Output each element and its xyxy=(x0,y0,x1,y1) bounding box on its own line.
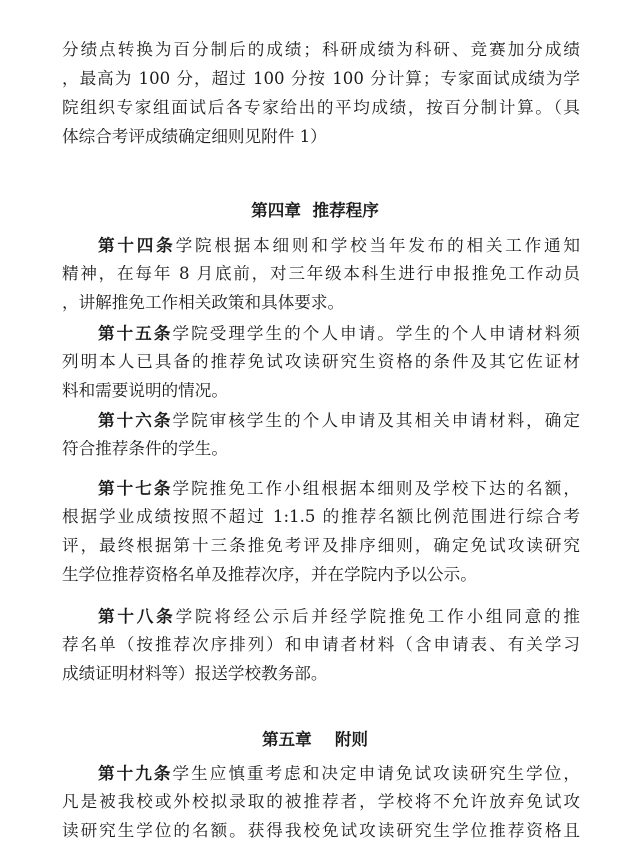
article-label: 第十四条 xyxy=(98,235,176,255)
chapter-heading: 第四章 推荐程序 xyxy=(0,197,630,223)
paragraph-line: ，最高为 100 分，超过 100 分按 100 分计算；专家面试成绩为学 xyxy=(62,66,580,92)
article-text: 学院推免工作小组根据本细则及学校下达的名额， xyxy=(172,479,580,498)
article-label: 第十八条 xyxy=(98,606,176,626)
article-first-line: 第十四条学院根据本细则和学校当年发布的相关工作通知 xyxy=(98,232,580,258)
article-first-line: 第十六条学院审核学生的个人申请及其相关申请材料，确定 xyxy=(98,407,580,433)
paragraph-line: 精神，在每年 8 月底前，对三年级本科生进行申报推免工作动员 xyxy=(62,261,580,287)
article-text: 学院将经公示后并经学院推免工作小组同意的推 xyxy=(176,607,580,626)
paragraph-line: 列明本人已具备的推荐免试攻读研究生资格的条件及其它佐证材 xyxy=(62,349,580,375)
article-text: 学院审核学生的个人申请及其相关申请材料，确定 xyxy=(172,411,580,430)
paragraph-line: 生学位推荐资格名单及推荐次序，并在学院内予以公示。 xyxy=(62,562,580,588)
paragraph-line: 根据学业成绩按照不超过 1:1.5 的推荐名额比例范围进行综合考 xyxy=(62,504,580,530)
paragraph-line: 符合推荐条件的学生。 xyxy=(62,436,580,462)
paragraph-line: 料和需要说明的情况。 xyxy=(62,378,580,404)
article-first-line: 第十七条学院推免工作小组根据本细则及学校下达的名额， xyxy=(98,475,580,501)
paragraph-line: 院组织专家组面试后各专家给出的平均成绩，按百分制计算。（具 xyxy=(62,95,580,121)
article-first-line: 第十五条学院受理学生的个人申请。学生的个人申请材料须 xyxy=(98,320,580,346)
article-first-line: 第十九条学生应慎重考虑和决定申请免试攻读研究生学位， xyxy=(98,760,580,786)
article-text: 学院根据本细则和学校当年发布的相关工作通知 xyxy=(176,236,580,255)
paragraph-line: 读研究生学位的名额。获得我校免试攻读研究生学位推荐资格且 xyxy=(62,818,580,844)
article-label: 第十七条 xyxy=(98,478,172,498)
paragraph-line: 凡是被我校或外校拟录取的被推荐者，学校将不允许放弃免试攻 xyxy=(62,789,580,815)
paragraph-line: ，讲解推免工作相关政策和具体要求。 xyxy=(62,290,580,316)
article-label: 第十九条 xyxy=(98,763,172,783)
document-page: 分绩点转换为百分制后的成绩；科研成绩为科研、竞赛加分成绩 ，最高为 100 分，… xyxy=(0,0,630,867)
paragraph-line: 评，最终根据第十三条推免考评及排序细则，确定免试攻读研究 xyxy=(62,533,580,559)
article-first-line: 第十八条学院将经公示后并经学院推免工作小组同意的推 xyxy=(98,603,580,629)
article-text: 学生应慎重考虑和决定申请免试攻读研究生学位， xyxy=(172,764,580,783)
paragraph-line: 荐名单（按推荐次序排列）和申请者材料（含申请表、有关学习 xyxy=(62,632,580,658)
paragraph-line: 体综合考评成绩确定细则见附件 1） xyxy=(62,124,580,150)
chapter-heading: 第五章 附则 xyxy=(0,726,630,752)
paragraph-line: 分绩点转换为百分制后的成绩；科研成绩为科研、竞赛加分成绩 xyxy=(62,37,580,63)
article-label: 第十五条 xyxy=(98,323,172,343)
article-label: 第十六条 xyxy=(98,410,172,430)
paragraph-line: 成绩证明材料等）报送学校教务部。 xyxy=(62,661,580,687)
article-text: 学院受理学生的个人申请。学生的个人申请材料须 xyxy=(172,324,580,343)
